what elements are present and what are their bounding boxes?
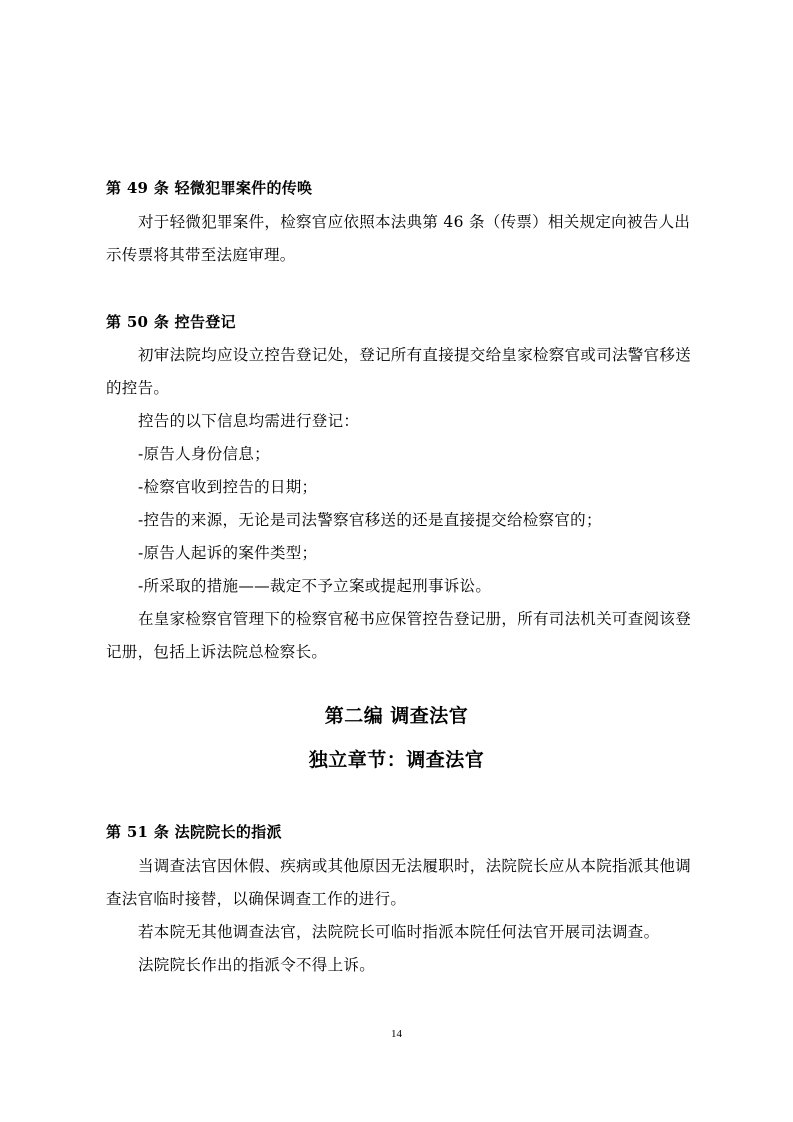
article-50-heading: 第 50 条 控告登记	[106, 312, 696, 332]
document-page: 第 49 条 轻微犯罪案件的传唤 对于轻微犯罪案件，检察官应依照本法典第 46 …	[0, 0, 793, 1122]
article-51-p1-line-1: 当调查法官因休假、疾病或其他原因无法履职时，法院院长应从本院指派其他调	[138, 856, 728, 876]
article-51-p2: 若本院无其他调查法官，法院院长可临时指派本院任何法官开展司法调查。	[138, 922, 728, 942]
article-50-p3-line-2: 记册，包括上诉法院总检察长。	[106, 642, 696, 662]
part-title: 第二编 调查法官	[0, 706, 793, 726]
article-49-paragraph-line-1: 对于轻微犯罪案件，检察官应依照本法典第 46 条（传票）相关规定向被告人出	[138, 212, 728, 232]
article-50-p2: 控告的以下信息均需进行登记：	[138, 411, 728, 431]
article-50-list-item: -原告人身份信息；	[138, 444, 728, 464]
article-50-p1-line-2: 的控告。	[106, 378, 696, 398]
article-49-paragraph-line-2: 示传票将其带至法庭审理。	[106, 245, 696, 265]
article-50-list-item: -所采取的措施——裁定不予立案或提起刑事诉讼。	[138, 576, 728, 596]
article-51-p3: 法院院长作出的指派令不得上诉。	[138, 955, 728, 975]
article-50-list-item: -控告的来源，无论是司法警察官移送的还是直接提交给检察官的；	[138, 510, 728, 530]
article-50-list-item: -原告人起诉的案件类型；	[138, 543, 728, 563]
article-50-p3-line-1: 在皇家检察官管理下的检察官秘书应保管控告登记册，所有司法机关可查阅该登	[138, 609, 728, 629]
article-51-p1-line-2: 查法官临时接替，以确保调查工作的进行。	[106, 889, 696, 909]
article-49-heading: 第 49 条 轻微犯罪案件的传唤	[106, 178, 696, 198]
article-50-p1-line-1: 初审法院均应设立控告登记处，登记所有直接提交给皇家检察官或司法警官移送	[138, 345, 728, 365]
page-number: 14	[0, 1028, 793, 1040]
article-50-list-item: -检察官收到控告的日期；	[138, 477, 728, 497]
chapter-title: 独立章节：调查法官	[0, 750, 793, 770]
article-51-heading: 第 51 条 法院院长的指派	[106, 822, 696, 842]
